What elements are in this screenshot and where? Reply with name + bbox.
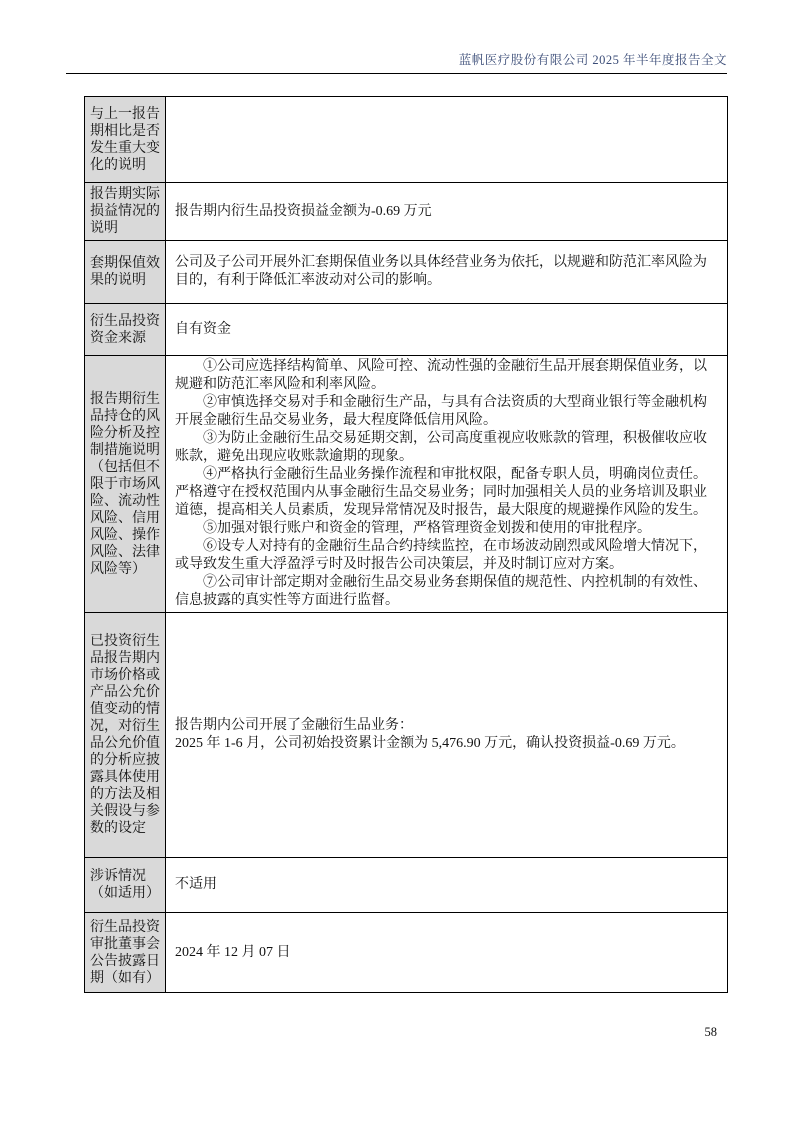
table-row: 报告期实际损益情况的说明 报告期内衍生品投资损益金额为-0.69 万元	[85, 183, 728, 241]
row-content: 不适用	[166, 858, 728, 913]
row-content-paragraph: ①公司应选择结构简单、风险可控、流动性强的金融衍生品开展套期保值业务，以规避和防…	[175, 358, 718, 394]
row-label: 涉诉情况（如适用）	[85, 858, 166, 913]
row-content: 2024 年 12 月 07 日	[166, 913, 728, 993]
row-content-paragraph: ④严格执行金融衍生品业务操作流程和审批权限，配备专职人员，明确岗位责任。严格遵守…	[175, 466, 718, 520]
row-content-paragraph: 报告期内公司开展了金融衍生品业务：	[175, 717, 718, 735]
row-label: 与上一报告期相比是否发生重大变化的说明	[85, 97, 166, 183]
row-content: 报告期内公司开展了金融衍生品业务： 2025 年 1-6 月，公司初始投资累计金…	[166, 613, 728, 858]
row-content: 报告期内衍生品投资损益金额为-0.69 万元	[166, 183, 728, 241]
row-label: 衍生品投资资金来源	[85, 304, 166, 356]
row-label: 衍生品投资审批董事会公告披露日期（如有）	[85, 913, 166, 993]
table-row: 套期保值效果的说明 公司及子公司开展外汇套期保值业务以具体经营业务为依托，以规避…	[85, 241, 728, 304]
document-page: { "header": { "title": "蓝帆医疗股份有限公司 2025 …	[0, 0, 794, 1123]
derivatives-disclosure-table: 与上一报告期相比是否发生重大变化的说明 报告期实际损益情况的说明 报告期内衍生品…	[84, 96, 728, 993]
row-content-paragraph: 不适用	[175, 876, 718, 894]
row-label: 已投资衍生品报告期内市场价格或产品公允价值变动的情况，对衍生品公允价值的分析应披…	[85, 613, 166, 858]
row-content-paragraph: ③为防止金融衍生品交易延期交割，公司高度重视应收账款的管理，积极催收应收账款，避…	[175, 430, 718, 466]
table-row: 衍生品投资审批董事会公告披露日期（如有） 2024 年 12 月 07 日	[85, 913, 728, 993]
row-content: 公司及子公司开展外汇套期保值业务以具体经营业务为依托，以规避和防范汇率风险为目的…	[166, 241, 728, 304]
row-content-paragraph: ⑦公司审计部定期对金融衍生品交易业务套期保值的规范性、内控机制的有效性、信息披露…	[175, 574, 718, 610]
row-content: ①公司应选择结构简单、风险可控、流动性强的金融衍生品开展套期保值业务，以规避和防…	[166, 356, 728, 613]
row-label: 报告期衍生品持仓的风险分析及控制措施说明（包括但不限于市场风险、流动性风险、信用…	[85, 356, 166, 613]
row-content-paragraph: 自有资金	[175, 321, 718, 339]
row-content-paragraph: 2025 年 1-6 月，公司初始投资累计金额为 5,476.90 万元，确认投…	[175, 735, 718, 753]
table-row: 衍生品投资资金来源 自有资金	[85, 304, 728, 356]
row-content-paragraph: ⑤加强对银行账户和资金的管理，严格管理资金划拨和使用的审批程序。	[175, 520, 718, 538]
table-row: 涉诉情况（如适用） 不适用	[85, 858, 728, 913]
row-content: 自有资金	[166, 304, 728, 356]
row-content-paragraph: 公司及子公司开展外汇套期保值业务以具体经营业务为依托，以规避和防范汇率风险为目的…	[175, 254, 718, 290]
row-content	[166, 97, 728, 183]
row-content-paragraph: 2024 年 12 月 07 日	[175, 944, 718, 962]
row-content-paragraph: 报告期内衍生品投资损益金额为-0.69 万元	[175, 203, 718, 221]
row-content-paragraph: ⑥设专人对持有的金融衍生品合约持续监控，在市场波动剧烈或风险增大情况下，或导致发…	[175, 538, 718, 574]
row-label: 套期保值效果的说明	[85, 241, 166, 304]
row-label: 报告期实际损益情况的说明	[85, 183, 166, 241]
report-header-title: 蓝帆医疗股份有限公司 2025 年半年度报告全文	[459, 53, 727, 67]
page-number: 58	[705, 1025, 718, 1040]
table-row: 与上一报告期相比是否发生重大变化的说明	[85, 97, 728, 183]
table-row: 报告期衍生品持仓的风险分析及控制措施说明（包括但不限于市场风险、流动性风险、信用…	[85, 356, 728, 613]
table-row: 已投资衍生品报告期内市场价格或产品公允价值变动的情况，对衍生品公允价值的分析应披…	[85, 613, 728, 858]
row-content-paragraph: ②审慎选择交易对手和金融衍生产品，与具有合法资质的大型商业银行等金融机构开展金融…	[175, 394, 718, 430]
report-header: 蓝帆医疗股份有限公司 2025 年半年度报告全文	[66, 50, 727, 74]
